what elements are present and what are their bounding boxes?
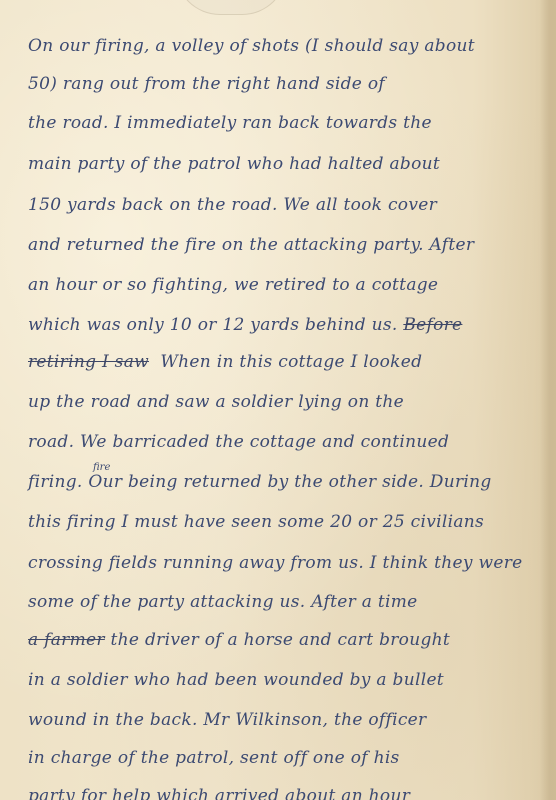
text-line-3: the road. I immediately ran back towards… <box>28 113 432 133</box>
struck-text: a farmer <box>28 630 105 650</box>
embossed-stamp <box>175 0 287 15</box>
text-line-1: On our firing, a volley of shots (I shou… <box>28 36 475 56</box>
text-line-10: up the road and saw a soldier lying on t… <box>28 392 404 412</box>
struck-text: retiring I saw <box>28 352 149 372</box>
manuscript-page: On our firing, a volley of shots (I shou… <box>0 0 556 800</box>
text-line-2: 50) rang out from the right hand side of <box>28 74 385 94</box>
struck-text: Before <box>403 315 462 335</box>
text-line-9: retiring I saw When in this cottage I lo… <box>28 352 422 372</box>
text-line-20: party for help which arrived about an ho… <box>28 786 410 800</box>
text-line-4: main party of the patrol who had halted … <box>28 154 440 174</box>
text-line-14: crossing fields running away from us. I … <box>28 553 523 573</box>
text-line-13: this firing I must have seen some 20 or … <box>28 512 484 532</box>
text-line-7: an hour or so fighting, we retired to a … <box>28 275 438 295</box>
text-line-12: firing. Our being returned by the other … <box>28 472 492 492</box>
text-line-6: and returned the fire on the attacking p… <box>28 235 474 255</box>
text-line-19: in charge of the patrol, sent off one of… <box>28 748 400 768</box>
page-gutter <box>540 0 556 800</box>
text-line-5: 150 yards back on the road. We all took … <box>28 195 437 215</box>
text-line-8: which was only 10 or 12 yards behind us.… <box>28 315 462 335</box>
text-line-15: some of the party attacking us. After a … <box>28 592 418 612</box>
text-line-11: road. We barricaded the cottage and cont… <box>28 432 449 452</box>
text-line-16: a farmer the driver of a horse and cart … <box>28 630 450 650</box>
text-line-17: in a soldier who had been wounded by a b… <box>28 670 444 690</box>
text-line-18: wound in the back. Mr Wilkinson, the off… <box>28 710 426 730</box>
